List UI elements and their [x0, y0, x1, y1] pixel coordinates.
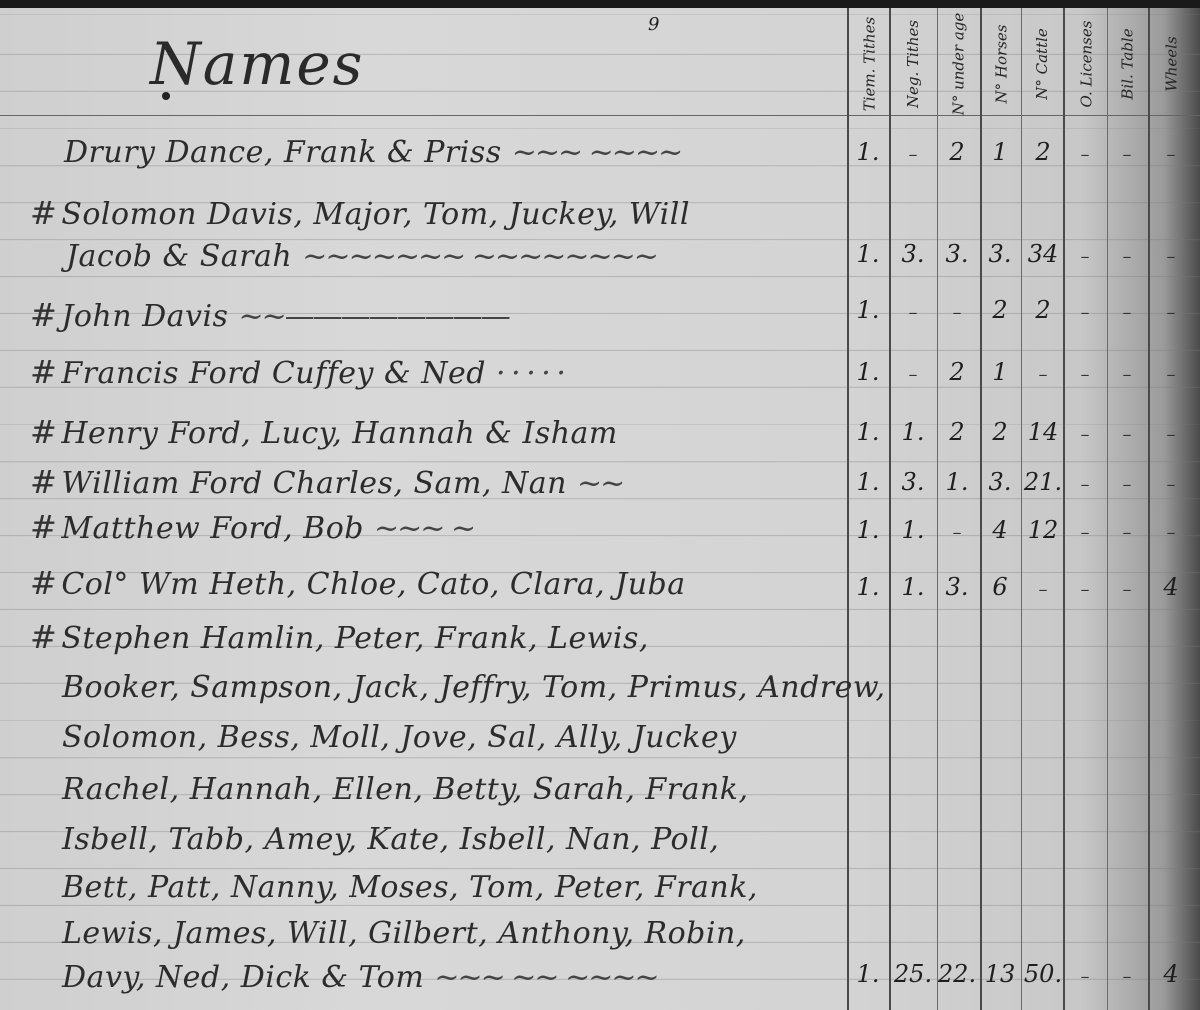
value-cell-white_tithes: 1. — [848, 138, 888, 166]
column-rule — [1148, 8, 1150, 1010]
entry-name-line: #John Davis ~~———————— — [30, 296, 509, 334]
value-cell-billiard_tables: – — [1107, 144, 1147, 165]
value-cell-wheels: – — [1151, 144, 1191, 165]
entry-name-line: Jacob & Sarah ~~~~~~~ ~~~~~~~~ — [62, 236, 657, 274]
column-header: N° under age — [938, 14, 978, 114]
value-cell-billiard_tables: – — [1107, 579, 1147, 600]
value-cell-horses: 3. — [980, 468, 1020, 496]
column-header: Bil. Table — [1108, 14, 1148, 114]
value-cell-horses: 13 — [980, 960, 1020, 988]
value-cell-licenses: – — [1065, 424, 1105, 445]
value-cell-horses: 2 — [980, 418, 1020, 446]
value-cell-billiard_tables: – — [1107, 364, 1147, 385]
value-cell-under_age: 2 — [937, 358, 977, 386]
value-cell-horses: 3. — [980, 240, 1020, 268]
column-header: Neg. Tithes — [893, 14, 933, 114]
column-header: Tiem. Tithes — [849, 14, 889, 114]
value-cell-billiard_tables: – — [1107, 302, 1147, 323]
value-cell-licenses: – — [1065, 522, 1105, 543]
entry-name-line: #Solomon Davis, Major, Tom, Juckey, Will — [30, 194, 690, 232]
column-header: N° Cattle — [1022, 14, 1062, 114]
page-title: Names — [150, 30, 364, 98]
value-cell-billiard_tables: – — [1107, 424, 1147, 445]
value-cell-wheels: – — [1151, 246, 1191, 267]
entry-name-line: #William Ford Charles, Sam, Nan ~~ — [30, 463, 623, 501]
entry-name-line: Drury Dance, Frank & Priss ~~~ ~~~~ — [60, 132, 681, 170]
value-cell-cattle: – — [1023, 579, 1063, 600]
value-cell-under_age: 1. — [937, 468, 977, 496]
value-cell-licenses: – — [1065, 364, 1105, 385]
entry-name-line: Bett, Patt, Nanny, Moses, Tom, Peter, Fr… — [62, 870, 758, 905]
entry-name-line: #Henry Ford, Lucy, Hannah & Isham — [30, 413, 618, 451]
value-cell-negro_tithes: 25. — [893, 960, 933, 988]
entry-name-line: #Col° Wm Heth, Chloe, Cato, Clara, Juba — [30, 564, 686, 602]
value-cell-under_age: 2 — [937, 418, 977, 446]
value-cell-horses: 1 — [980, 358, 1020, 386]
value-cell-horses: 1 — [980, 138, 1020, 166]
value-cell-licenses: – — [1065, 474, 1105, 495]
entry-name-line: Rachel, Hannah, Ellen, Betty, Sarah, Fra… — [62, 772, 749, 807]
value-cell-billiard_tables: – — [1107, 246, 1147, 267]
value-cell-under_age: – — [937, 522, 977, 543]
value-cell-wheels: – — [1151, 364, 1191, 385]
value-cell-wheels: 4 — [1151, 960, 1191, 988]
value-cell-under_age: 2 — [937, 138, 977, 166]
value-cell-licenses: – — [1065, 144, 1105, 165]
value-cell-under_age: 3. — [937, 240, 977, 268]
value-cell-negro_tithes: 1. — [893, 573, 933, 601]
column-rule — [889, 8, 891, 1010]
value-cell-licenses: – — [1065, 302, 1105, 323]
value-cell-white_tithes: 1. — [848, 468, 888, 496]
value-cell-cattle: 14 — [1023, 418, 1063, 446]
entry-name-line: Booker, Sampson, Jack, Jeffry, Tom, Prim… — [62, 670, 886, 705]
value-cell-cattle: 50. — [1023, 960, 1063, 988]
column-header: Wheels — [1152, 14, 1192, 114]
column-header: O. Licenses — [1066, 14, 1106, 114]
value-cell-cattle: 2 — [1023, 296, 1063, 324]
value-cell-negro_tithes: – — [893, 364, 933, 385]
value-cell-under_age: 3. — [937, 573, 977, 601]
value-cell-licenses: – — [1065, 966, 1105, 987]
value-cell-negro_tithes: 3. — [893, 240, 933, 268]
value-cell-white_tithes: 1. — [848, 418, 888, 446]
entry-name-line: Davy, Ned, Dick & Tom ~~~ ~~ ~~~~ — [62, 960, 658, 995]
value-cell-wheels: – — [1151, 522, 1191, 543]
value-cell-cattle: – — [1023, 364, 1063, 385]
value-cell-wheels: – — [1151, 302, 1191, 323]
value-cell-white_tithes: 1. — [848, 573, 888, 601]
entry-name-line: #Matthew Ford, Bob ~~~ ~ — [30, 508, 474, 546]
entry-name-line: Isbell, Tabb, Amey, Kate, Isbell, Nan, P… — [62, 822, 719, 857]
value-cell-cattle: 34 — [1023, 240, 1063, 268]
header-rule — [0, 115, 1200, 116]
value-cell-wheels: – — [1151, 474, 1191, 495]
value-cell-white_tithes: 1. — [848, 296, 888, 324]
value-cell-negro_tithes: – — [893, 302, 933, 323]
value-cell-white_tithes: 1. — [848, 516, 888, 544]
entry-name-line: #Francis Ford Cuffey & Ned · · · · · — [30, 353, 564, 391]
value-cell-cattle: 2 — [1023, 138, 1063, 166]
value-cell-licenses: – — [1065, 246, 1105, 267]
entry-name-line: Lewis, James, Will, Gilbert, Anthony, Ro… — [62, 916, 746, 951]
value-cell-under_age: 22. — [937, 960, 977, 988]
value-cell-horses: 6 — [980, 573, 1020, 601]
column-rule — [1021, 8, 1022, 1010]
entry-name-line: Solomon, Bess, Moll, Jove, Sal, Ally, Ju… — [62, 720, 737, 755]
entry-name-line: #Stephen Hamlin, Peter, Frank, Lewis, — [30, 618, 649, 656]
value-cell-billiard_tables: – — [1107, 474, 1147, 495]
page-number: 9 — [648, 14, 659, 35]
value-cell-horses: 4 — [980, 516, 1020, 544]
value-cell-billiard_tables: – — [1107, 522, 1147, 543]
value-cell-wheels: – — [1151, 424, 1191, 445]
value-cell-negro_tithes: 1. — [893, 418, 933, 446]
value-cell-billiard_tables: – — [1107, 966, 1147, 987]
value-cell-cattle: 21. — [1023, 468, 1063, 496]
value-cell-wheels: 4 — [1151, 573, 1191, 601]
value-cell-cattle: 12 — [1023, 516, 1063, 544]
value-cell-horses: 2 — [980, 296, 1020, 324]
column-header: N° Horses — [981, 14, 1021, 114]
value-cell-negro_tithes: 1. — [893, 516, 933, 544]
value-cell-negro_tithes: – — [893, 144, 933, 165]
value-cell-white_tithes: 1. — [848, 358, 888, 386]
ledger-page: Names 9 Tiem. Tithes Neg. Tithes N° unde… — [0, 8, 1200, 1010]
value-cell-under_age: – — [937, 302, 977, 323]
value-cell-negro_tithes: 3. — [893, 468, 933, 496]
value-cell-white_tithes: 1. — [848, 240, 888, 268]
value-cell-licenses: – — [1065, 579, 1105, 600]
value-cell-white_tithes: 1. — [848, 960, 888, 988]
